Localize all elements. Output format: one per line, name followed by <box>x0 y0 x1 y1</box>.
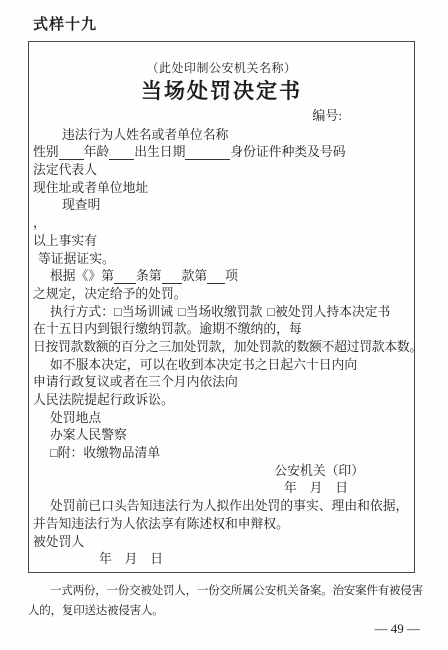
line-address: 现住址或者单位地址 <box>33 178 410 196</box>
article-number-blank[interactable] <box>114 270 136 284</box>
footnote: 一式两份，一份交被处罚人，一份交所属公安机关备案。治安案件有被侵害 人的，复印送… <box>28 581 427 621</box>
gender-blank[interactable] <box>59 146 84 160</box>
checkbox-option-collect-fine[interactable]: □当场收缴罚款 <box>178 305 263 320</box>
id-type-number-label: 身份证件种类及号码 <box>230 145 345 160</box>
checkbox-option-pay-at-bank[interactable]: □被处罚人持本决定书 <box>267 305 390 320</box>
notice-text-1: 处罚前已口头告知违法行为人拟作出处罚的事实、理由和依据， <box>50 499 408 514</box>
line-appeal-continued: 申请行政复议或者在三个月内依法向 <box>33 373 410 391</box>
form-style-label: 式样十九 <box>33 13 97 34</box>
line-punished-person: 被处罚人 <box>33 532 410 550</box>
birth-date-blank[interactable] <box>185 146 230 160</box>
document-title: 当场处罚决定书 <box>33 76 410 106</box>
page: 式样十九 （此处印制公安机关名称） 当场处罚决定书 编号: 违法行为人姓名或者单… <box>0 0 448 650</box>
document-box: （此处印制公安机关名称） 当场处罚决定书 编号: 违法行为人姓名或者单位名称 性… <box>28 41 415 573</box>
line-court: 人民法院提起行政诉讼。 <box>33 390 410 408</box>
checkbox-option-collect-fine-label: 当场收缴罚款 <box>186 305 263 320</box>
execution-method-label: 执行方式： <box>50 305 114 320</box>
line-surcharge-rule: 日按罚款数额的百分之三加处罚款，加处罚款的数额不超过罚款本数。 <box>33 337 410 355</box>
item-label: 项 <box>225 269 238 284</box>
page-number: — 49 — <box>28 621 426 637</box>
age-blank[interactable] <box>109 146 134 160</box>
bank-payment-prefix-label: 在十五日内到 <box>33 322 110 337</box>
line-signature-date: 年 月 日 <box>33 550 410 568</box>
item-number-blank[interactable] <box>207 270 225 284</box>
legal-basis-close-label: 》第 <box>88 269 114 284</box>
line-decision: 之规定，决定给予 的处罚。 <box>33 284 410 302</box>
punished-person-label: 被处罚人 <box>33 535 84 550</box>
legal-representative-label: 法定代表人 <box>33 163 97 178</box>
line-facts: 以上事实有 <box>33 231 410 249</box>
surcharge-rule-text: 日按罚款数额的百分之三加处罚款，加处罚款的数额不超过罚款本数。 <box>33 340 415 355</box>
checkbox-option-admonition-label: 当场训诫 <box>122 305 173 320</box>
attachment-label: 附：收缴物品清单 <box>58 446 160 461</box>
decision-suffix-label: 的处罚。 <box>135 287 186 302</box>
line-findings: 现查明 <box>33 196 410 214</box>
findings-label: 现查明 <box>62 198 100 213</box>
line-evidence: 等证据证实。 <box>33 249 410 267</box>
bank-payment-suffix-label: 银行缴纳罚款。逾期不缴纳的，每 <box>110 322 302 337</box>
clause-number-blank[interactable] <box>162 270 182 284</box>
line-execution-method: 执行方式： □当场训诫 □当场收缴罚款 □被处罚人持本决定书 <box>33 302 410 320</box>
line-seal-date: 年 月 日 <box>33 479 410 497</box>
footnote-line-2: 人的，复印送达被侵害人。 <box>28 601 427 621</box>
checkbox-icon: □ <box>178 305 186 320</box>
agency-name-note: （此处印制公安机关名称） <box>33 60 410 76</box>
checkbox-icon: □ <box>267 305 275 320</box>
age-label: 年龄 <box>84 145 110 160</box>
line-notice-1: 处罚前已口头告知违法行为人拟作出处罚的事实、理由和依据， <box>33 496 410 514</box>
notice-text-2: 并告知违法行为人依法享有陈述权和申辩权。 <box>33 517 289 532</box>
footnote-line-1: 一式两份，一份交被处罚人，一份交所属公安机关备案。治安案件有被侵害 <box>28 581 427 601</box>
checkbox-option-admonition[interactable]: □当场训诫 <box>114 305 173 320</box>
case-officer-label: 办案人民警察 <box>50 428 127 443</box>
decision-prefix-label: 之规定，决定给予 <box>33 287 135 302</box>
birth-date-label: 出生日期 <box>134 145 185 160</box>
agency-seal-label: 公安机关（印） <box>274 464 364 479</box>
seal-date-label: 年 月 日 <box>284 481 348 496</box>
address-label: 现住址或者单位地址 <box>33 181 148 196</box>
serial-number-label: 编号: <box>312 108 342 123</box>
line-offender-name: 违法行为人姓名或者单位名称 <box>33 125 410 143</box>
line-personal-info: 性别 年龄 出生日期 身份证件种类及号码 <box>33 143 410 161</box>
line-legal-basis: 根据《 》第 条第 款第 项 <box>33 267 410 285</box>
checkbox-icon: □ <box>50 446 58 461</box>
line-appeal: 如不服本决定，可以在收到本决定书之日起六十日内向 <box>33 355 410 373</box>
checkbox-icon: □ <box>114 305 122 320</box>
clause-label: 款第 <box>182 269 208 284</box>
line-case-officer: 办案人民警察 <box>33 426 410 444</box>
punishment-place-label: 处罚地点 <box>50 411 101 426</box>
checkbox-attachment[interactable]: □附：收缴物品清单 <box>50 446 160 461</box>
signature-date-label: 年 月 日 <box>99 552 163 567</box>
line-punishment-place: 处罚地点 <box>33 408 410 426</box>
line-agency-seal: 公安机关（印） <box>33 461 410 479</box>
line-legal-representative: 法定代表人 <box>33 160 410 178</box>
appeal-prefix-label: 如不服本决定，可以在收到本决定书之日起六十日内向 <box>50 358 357 373</box>
offender-name-label: 违法行为人姓名或者单位名称 <box>62 128 228 143</box>
facts-label: 以上事实有 <box>33 234 97 249</box>
article-label: 条第 <box>136 269 162 284</box>
findings-comma: ， <box>33 216 46 231</box>
line-findings-continued: ， <box>33 213 410 231</box>
line-notice-2: 并告知违法行为人依法享有陈述权和申辩权。 <box>33 514 410 532</box>
checkbox-option-pay-at-bank-label: 被处罚人持本决定书 <box>275 305 390 320</box>
appeal-middle-label: 申请行政复议或者在三个月内依法向 <box>33 375 238 390</box>
serial-number-line: 编号: <box>33 106 410 125</box>
line-attachment: □附：收缴物品清单 <box>33 443 410 461</box>
gender-label: 性别 <box>33 145 59 160</box>
evidence-confirm-label: 等证据证实。 <box>38 252 115 267</box>
legal-basis-open-label: 根据《 <box>50 269 88 284</box>
court-suffix-label: 人民法院提起行政诉讼。 <box>33 393 174 408</box>
line-bank-payment: 在十五日内到 银行缴纳罚款。逾期不缴纳的，每 <box>33 320 410 338</box>
